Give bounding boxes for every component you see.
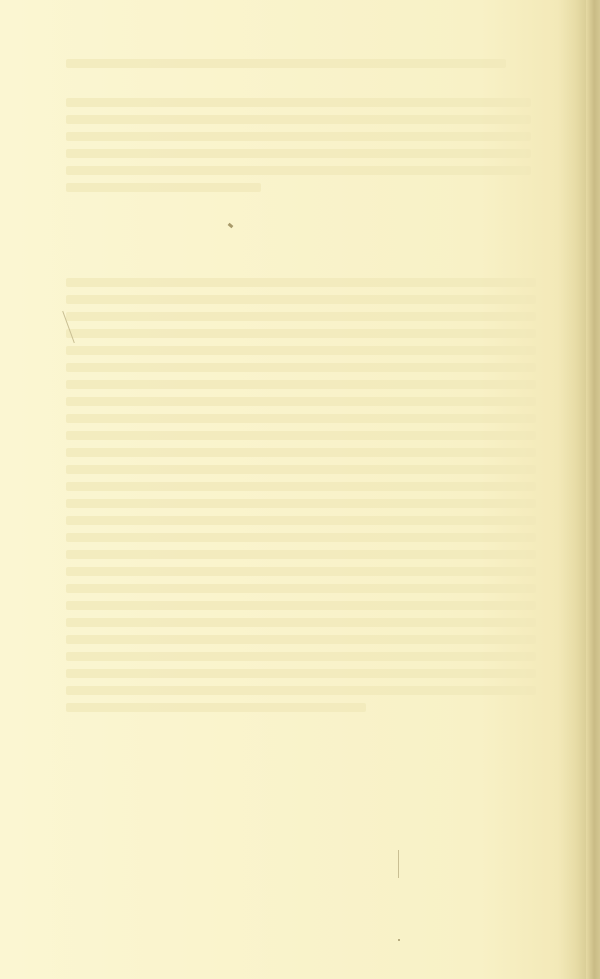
ghost-line xyxy=(66,380,536,389)
ghost-line xyxy=(66,465,536,474)
ghost-line xyxy=(66,132,531,141)
ghost-line xyxy=(66,686,536,695)
ghost-line xyxy=(66,516,536,525)
ghost-line xyxy=(66,295,536,304)
ghost-line xyxy=(66,98,531,107)
running-head-bleedthrough xyxy=(66,55,536,76)
ghost-line xyxy=(66,448,536,457)
ghost-line xyxy=(66,149,531,158)
ghost-line xyxy=(66,618,536,627)
paragraph-bleedthrough xyxy=(66,90,536,200)
ghost-line xyxy=(66,482,536,491)
ghost-line xyxy=(66,601,536,610)
scanned-page xyxy=(0,0,600,979)
ghost-line xyxy=(66,346,536,355)
ghost-line xyxy=(66,499,536,508)
ghost-line xyxy=(66,183,261,192)
ghost-line xyxy=(66,414,536,423)
ghost-line xyxy=(66,166,531,175)
paper-scratch xyxy=(398,850,399,878)
ghost-line xyxy=(66,567,536,576)
page-edge-shadow xyxy=(586,0,600,979)
paper-speck xyxy=(398,939,400,941)
ghost-line xyxy=(66,635,536,644)
ghost-line xyxy=(66,431,536,440)
body-bleedthrough xyxy=(66,270,536,720)
ghost-line xyxy=(66,329,536,338)
ghost-line xyxy=(66,397,536,406)
ink-speck xyxy=(228,223,234,229)
ghost-line xyxy=(66,363,536,372)
ghost-header-line xyxy=(66,59,506,68)
ghost-line xyxy=(66,703,366,712)
ghost-line xyxy=(66,584,536,593)
ghost-line xyxy=(66,312,536,321)
ghost-line xyxy=(66,278,536,287)
ghost-line xyxy=(66,115,531,124)
ghost-line xyxy=(66,550,536,559)
ghost-line xyxy=(66,533,536,542)
ghost-line xyxy=(66,652,536,661)
ghost-line xyxy=(66,669,536,678)
